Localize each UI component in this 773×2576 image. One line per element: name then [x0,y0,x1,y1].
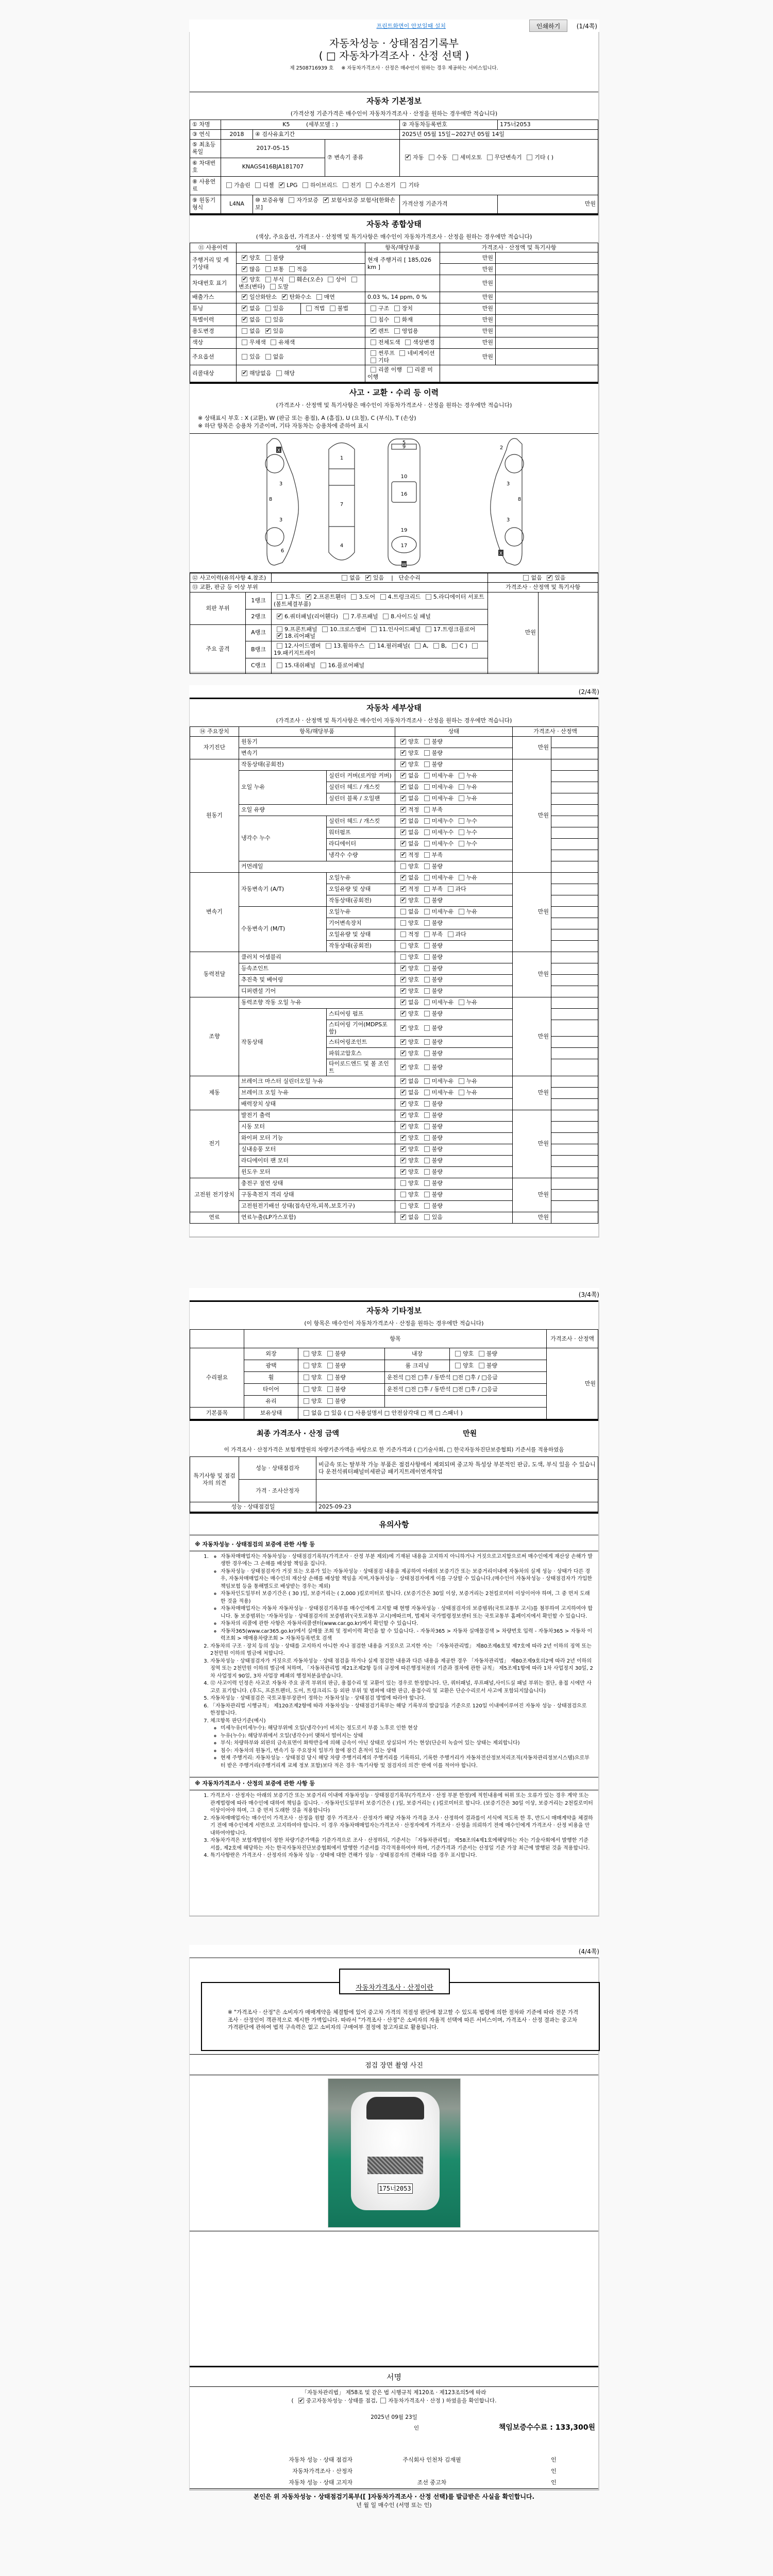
checkbox[interactable] [351,277,357,282]
checkbox[interactable] [400,977,406,982]
checkbox[interactable] [424,909,430,914]
checkbox[interactable] [547,575,552,581]
checkbox[interactable] [424,931,430,937]
checkbox[interactable] [424,1050,430,1056]
checkbox[interactable] [433,643,439,649]
overall-row: 리콜대상해당없음 해당리콜 이행 리콜 미이행 [190,365,598,382]
checkbox[interactable] [371,306,376,311]
title-line1: 자동차성능 · 상태점검기록부 [190,37,598,49]
page-4-header: (4/4쪽) [189,1945,599,1957]
checkbox-label: 누유 [466,784,477,790]
checkbox[interactable] [400,863,406,869]
svg-text:X: X [277,448,280,453]
checkbox-label: 적정 [408,931,419,938]
checkbox[interactable] [527,155,532,160]
checkbox[interactable] [277,594,282,600]
checkbox[interactable] [400,1192,406,1197]
checkbox[interactable] [351,594,357,600]
checkbox[interactable] [459,784,464,790]
checkbox-appraisal[interactable] [380,2398,386,2403]
checkbox[interactable] [424,1158,430,1163]
checkbox[interactable] [289,277,295,282]
checkbox[interactable] [424,739,430,744]
checkbox[interactable] [276,370,282,376]
checkbox-label: 부식 [273,276,284,283]
checkbox-label: 불량 [432,1100,443,1107]
checkbox-label: 누수 [466,818,477,824]
confirm-text: ( 중고자동차성능 · 상태를 점검,자동차가격조사 · 산정 ) 하였음을 확… [190,2397,598,2405]
checkbox[interactable] [424,1214,430,1220]
car-image: 175너2053 [351,2092,440,2210]
checkbox[interactable] [242,255,247,261]
checkbox-label: 렌트 [378,328,389,334]
checkbox[interactable] [226,182,232,188]
checkbox[interactable] [400,875,406,880]
checkbox[interactable] [452,155,458,160]
checkbox[interactable] [242,306,247,311]
checkbox-label: 화재 [402,316,413,323]
checkbox-label: 보통 [273,266,284,273]
checkbox-label: 양호 [408,1134,419,1141]
checkbox[interactable] [326,643,331,649]
checkbox[interactable] [343,614,349,619]
checkbox[interactable] [242,317,247,323]
checkbox-label: 양호 [408,976,419,983]
opinion-table: 특기사항 및 점검자의 의견성능 · 상태점검자비금속 또는 탈부착 가능 부품… [190,1456,598,1512]
checkbox[interactable] [255,182,261,188]
checkbox-label: 부족 [432,931,443,938]
checkbox-label: 불량 [432,976,443,983]
checkbox-label: 기타 ( ) [534,154,553,161]
checkbox[interactable] [424,761,430,767]
checkbox[interactable] [400,1078,406,1084]
checkbox[interactable] [371,340,376,345]
checkbox[interactable] [304,1363,309,1368]
checkbox[interactable] [400,1112,406,1118]
checkbox[interactable] [424,965,430,971]
checkbox-label: 적정 [408,852,419,858]
checkbox[interactable] [400,773,406,778]
checkbox-label: 수동 [436,154,447,161]
checkbox[interactable] [459,829,464,835]
checkbox[interactable] [472,643,478,649]
checkbox-label: 미세누유 [432,908,454,915]
overall-row: 색상무채색 유채색전체도색 색상변경만원 [190,337,598,348]
checkbox[interactable] [400,909,406,914]
checkbox[interactable] [394,306,400,311]
checkbox[interactable] [459,999,464,1005]
checkbox[interactable] [304,1375,309,1380]
checkbox[interactable] [459,1090,464,1095]
checkbox[interactable] [459,1078,464,1084]
checkbox[interactable] [424,1112,430,1118]
checkbox[interactable] [289,266,295,272]
checkbox[interactable] [371,350,376,356]
checkbox[interactable] [242,328,247,334]
seal: 인 [414,2425,419,2433]
checkbox[interactable] [424,1101,430,1107]
checkbox[interactable] [242,370,247,376]
checkbox[interactable] [316,294,322,300]
checkbox[interactable] [459,773,464,778]
checkbox[interactable] [424,1090,430,1095]
basic-info-table: ① 차명K5 (세부모델 : )② 자동차등록번호175너2053 ③ 연식20… [190,120,598,214]
checkbox[interactable] [452,643,458,649]
checkbox[interactable] [400,1090,406,1095]
checkbox[interactable] [405,340,411,345]
checkbox-label: 불량 [432,863,443,870]
sign-title: 서명 [190,2366,598,2386]
checkbox[interactable] [459,818,464,824]
receipt-line: 년 월 일 매수인 (서명 또는 인) [190,2501,598,2510]
checkbox-label: 장치 [402,305,413,312]
rank-row: 외판 부위1랭크1.후드 2.프론트휀더 3.도어 4.트렁크리드 5.라디에이… [190,592,598,609]
checkbox[interactable] [424,999,430,1005]
svg-text:3: 3 [507,517,510,523]
checkbox[interactable] [424,1192,430,1197]
checkbox[interactable] [523,575,529,581]
checkbox[interactable] [400,1064,406,1070]
checkbox[interactable] [400,1214,406,1220]
etc-note: (이 항목은 매수인이 자동차가격조사 · 산정을 원하는 경우에만 적습니다) [190,1319,598,1327]
checkbox[interactable] [265,255,271,261]
basis-text: 이 가격조사 · 산정가격은 보험개발원의 차량기준가액을 바탕으로 한 기준가… [190,1446,598,1456]
checkbox[interactable] [400,829,406,835]
checkbox[interactable] [400,1101,406,1107]
checkbox[interactable] [265,354,271,360]
checkbox[interactable] [265,266,271,272]
checkbox[interactable] [400,841,406,846]
checkbox[interactable] [327,1398,333,1404]
checkbox[interactable] [277,643,282,649]
checkbox-label: 14.필러패널( [377,642,410,649]
checkbox-label: A, [423,642,428,649]
checkbox[interactable] [424,988,430,994]
checkbox[interactable] [424,886,430,892]
checkbox-label: 양호 [408,1010,419,1017]
svg-text:W: W [402,563,407,568]
checkbox-label: 양호 [249,276,260,283]
checkbox[interactable] [400,1039,406,1045]
checkbox[interactable] [327,1351,333,1357]
checkbox[interactable] [321,663,326,668]
install-link[interactable]: 프린트화면이 안보일때 설치 [376,22,446,30]
checkbox[interactable] [424,750,430,756]
checkbox-label: 양호 [408,1064,419,1071]
checkbox[interactable] [424,943,430,948]
checkbox[interactable] [459,909,464,914]
checkbox[interactable] [400,1180,406,1186]
checkbox[interactable] [306,594,311,600]
detail-note: (가격조사 · 산정액 및 특기사항은 매수인이 자동차가격조사 · 산정을 원… [190,716,598,724]
checkbox[interactable] [448,886,453,892]
checkbox[interactable] [400,818,406,824]
checkbox[interactable] [277,614,282,619]
checkbox[interactable] [424,841,430,846]
checkbox-label: 양호 [408,897,419,904]
checkbox-label: 양호 [408,750,419,756]
checkbox[interactable] [400,1025,406,1031]
checkbox-label: 없음 [408,795,419,802]
checkbox-label: 있음 [554,574,565,581]
checkbox[interactable] [371,367,376,372]
checkbox-label: 상이 [335,276,346,283]
checkbox[interactable] [400,761,406,767]
checkbox[interactable] [400,852,406,858]
checkbox[interactable] [400,795,406,801]
checkbox-label: 매연 [324,294,335,300]
checkbox-label: 7.루프패널 [351,613,378,620]
page-2: 자동차 세부상태(가격조사 · 산정액 및 특기사항은 매수인이 자동차가격조사… [189,698,599,1238]
checkbox[interactable] [400,999,406,1005]
checkbox-label: 있음 [273,328,284,334]
checkbox[interactable] [242,340,247,345]
checkbox[interactable] [424,897,430,903]
checkbox-label: 17.트렁크플로어 [433,626,475,633]
checkbox-label: 누유 [466,999,477,1006]
checkbox-label: 불량 [432,1123,443,1130]
checkbox-label: 양호 [408,1180,419,1187]
checkbox[interactable] [289,197,294,203]
checkbox-label: 탄화수소 [290,294,312,300]
checkbox[interactable] [400,750,406,756]
checkbox[interactable] [265,317,271,323]
checkbox[interactable] [394,317,400,323]
checkbox-label: 불량 [432,954,443,960]
checkbox[interactable] [424,1064,430,1070]
checkbox-label: 누유 [466,795,477,802]
checkbox-label: 16.플로어패널 [328,662,365,669]
detail-row: 제동브레이크 마스터 실린더오일 누유없음 미세누유 누유만원 [190,1076,598,1087]
caution-section: ※ 자동차성능 · 상태점검의 보증에 관한 사항 등자동차매매업자는 자동차성… [190,1535,598,1863]
checkbox[interactable] [271,340,276,345]
svg-text:2: 2 [500,445,503,451]
checkbox-label: 미세누수 [432,840,454,847]
checkbox-label: 누수 [466,840,477,847]
checkbox[interactable] [455,1351,461,1357]
checkbox-label: 해당 [284,370,295,377]
checkbox[interactable] [277,626,282,632]
checkbox[interactable] [342,575,347,581]
checkbox[interactable] [424,863,430,869]
checkbox[interactable] [304,1410,309,1416]
checkbox[interactable] [424,977,430,982]
checkbox[interactable] [400,1050,406,1056]
checkbox[interactable] [282,294,288,300]
checkbox-label: 13.휠하우스 [333,642,364,649]
checkbox[interactable] [424,784,430,790]
checkbox[interactable] [366,182,372,188]
checkbox[interactable] [265,277,271,282]
checkbox[interactable] [459,875,464,880]
checkbox[interactable] [400,920,406,926]
checkbox[interactable] [424,875,430,880]
checkbox[interactable] [383,614,389,619]
checkbox-label: 하이브리드 [310,182,338,189]
checkbox-label: 불량 [432,1134,443,1141]
print-button[interactable]: 인쇄하기 [529,20,567,32]
checkbox-label: 10.크로스멤버 [330,626,366,633]
checkbox-label: 누유 [466,1089,477,1096]
checkbox[interactable] [405,155,411,160]
checkbox-label: 없음 [408,818,419,824]
checkbox[interactable] [400,1124,406,1129]
checkbox[interactable] [424,1011,430,1016]
checkbox-label: 양호 [408,988,419,994]
checkbox[interactable] [400,1135,406,1141]
checkbox[interactable] [426,626,431,632]
checkbox[interactable] [304,1398,309,1404]
checkbox-label: 양호 [408,942,419,949]
checkbox[interactable] [424,1180,430,1186]
checkbox-label: 불량 [273,255,284,261]
checkbox[interactable] [394,328,400,334]
checkbox[interactable] [303,182,308,188]
checkbox[interactable] [399,350,405,356]
checkbox[interactable] [327,1375,333,1380]
checkbox[interactable] [424,1169,430,1175]
checkbox[interactable] [400,988,406,994]
checkbox[interactable] [343,182,348,188]
checkbox[interactable] [424,1203,430,1209]
accident-legend: ※ 상태표시 부호 : X (교환), W (판금 또는 용접), A (흠집)… [190,411,598,434]
checkbox-label: 누수 [466,829,477,836]
checkbox[interactable] [415,643,421,649]
checkbox[interactable] [400,931,406,937]
checkbox[interactable] [277,663,282,668]
checkbox-label: 양호 [408,1157,419,1164]
checkbox-label: 없음 [408,1089,419,1096]
checkbox[interactable] [328,277,333,282]
checkbox[interactable] [459,841,464,846]
checkbox-label: 변조(변타) [239,283,265,290]
checkbox[interactable] [424,1039,430,1045]
checkbox[interactable] [407,367,413,372]
checkbox[interactable] [371,626,377,632]
svg-text:7: 7 [340,502,343,507]
checkbox[interactable] [424,954,430,960]
checkbox-label: 있음 [373,574,384,581]
checkbox[interactable] [265,306,271,311]
checkbox[interactable] [323,197,329,203]
checkbox[interactable] [304,1386,309,1392]
checkbox-label: 부족 [432,852,443,858]
checkbox[interactable] [330,306,335,311]
checkbox-label: 4.트렁크리드 [388,594,421,600]
checkbox[interactable] [424,1124,430,1129]
checkbox-label: 수소전기 [374,182,396,189]
checkbox[interactable] [400,807,406,812]
checkbox[interactable] [327,1363,333,1368]
checkbox[interactable] [479,1351,484,1357]
checkbox[interactable] [424,1025,430,1031]
checkbox[interactable] [424,852,430,858]
checkbox[interactable] [424,1078,430,1084]
checkbox[interactable] [242,266,247,272]
checkbox[interactable] [277,633,282,639]
overall-table: ⑪ 사용이력상태항목/해당부품가격조사 · 산정액 및 특기사항주행거리 및 계… [190,243,598,382]
checkbox[interactable] [242,354,247,360]
checkbox[interactable] [400,1169,406,1175]
checkbox[interactable] [400,1011,406,1016]
checkbox-label: 8.사이드실 패널 [391,613,431,620]
checkbox[interactable] [400,739,406,744]
checkbox[interactable] [479,1363,484,1368]
svg-text:17: 17 [401,543,408,549]
checkbox-label: 18.리어패널 [284,633,315,639]
checkbox-label: 양호 [249,255,260,261]
checkbox[interactable] [242,294,247,300]
checkbox[interactable] [400,1158,406,1163]
checkbox[interactable] [429,155,434,160]
checkbox[interactable] [426,594,431,600]
checkbox[interactable] [327,1386,333,1392]
checkbox[interactable] [400,965,406,971]
checkbox-label: 양호 [408,1100,419,1107]
checkbox-label: 영업용 [402,328,418,334]
checkbox[interactable] [400,1146,406,1152]
checkbox[interactable] [400,897,406,903]
checkbox-label: 불량 [432,1202,443,1209]
checkbox[interactable] [424,795,430,801]
checkbox[interactable] [371,317,376,323]
caution-title: 유의사항 [190,1519,598,1530]
etc-title: 자동차 기타정보 [190,1305,598,1316]
checkbox[interactable] [369,643,375,649]
checkbox[interactable] [424,1135,430,1141]
checkbox[interactable] [424,807,430,812]
overall-title: 자동차 종합상태 [190,218,598,229]
checkbox-label: 2.프론트휀더 [313,594,346,600]
checkbox[interactable] [371,328,376,334]
checkbox[interactable] [400,784,406,790]
checkbox[interactable] [448,931,453,937]
checkbox[interactable] [322,626,328,632]
checkbox-label: 부족 [432,806,443,813]
checkbox[interactable] [265,328,271,334]
checkbox[interactable] [487,155,493,160]
checkbox[interactable] [242,277,247,282]
checkbox[interactable] [424,818,430,824]
checkbox-label: C ) [460,642,467,649]
checkbox-label: 양호 [408,920,419,926]
checkbox[interactable] [424,773,430,778]
checkbox[interactable] [400,943,406,948]
detail-row: 원동기작동상태(공회전)양호 불량만원 [190,759,598,770]
checkbox[interactable] [380,594,386,600]
checkbox-inspection[interactable] [298,2398,304,2403]
checkbox-label: 부족 [432,886,443,892]
checkbox[interactable] [371,358,376,363]
checkbox-label: 불량 [432,1168,443,1175]
checkbox[interactable] [270,284,276,290]
checkbox[interactable] [400,954,406,960]
checkbox[interactable] [365,575,371,581]
checkbox[interactable] [424,829,430,835]
checkbox[interactable] [400,1203,406,1209]
checkbox[interactable] [424,920,430,926]
checkbox[interactable] [424,1146,430,1152]
checkbox[interactable] [279,182,284,188]
checkbox[interactable] [306,306,312,311]
checkbox[interactable] [304,1351,309,1357]
checkbox[interactable] [400,886,406,892]
svg-text:6: 6 [281,548,284,554]
checkbox-label: 도말 [278,283,289,290]
checkbox[interactable] [455,1363,461,1368]
checkbox[interactable] [459,795,464,801]
checkbox[interactable] [400,182,406,188]
